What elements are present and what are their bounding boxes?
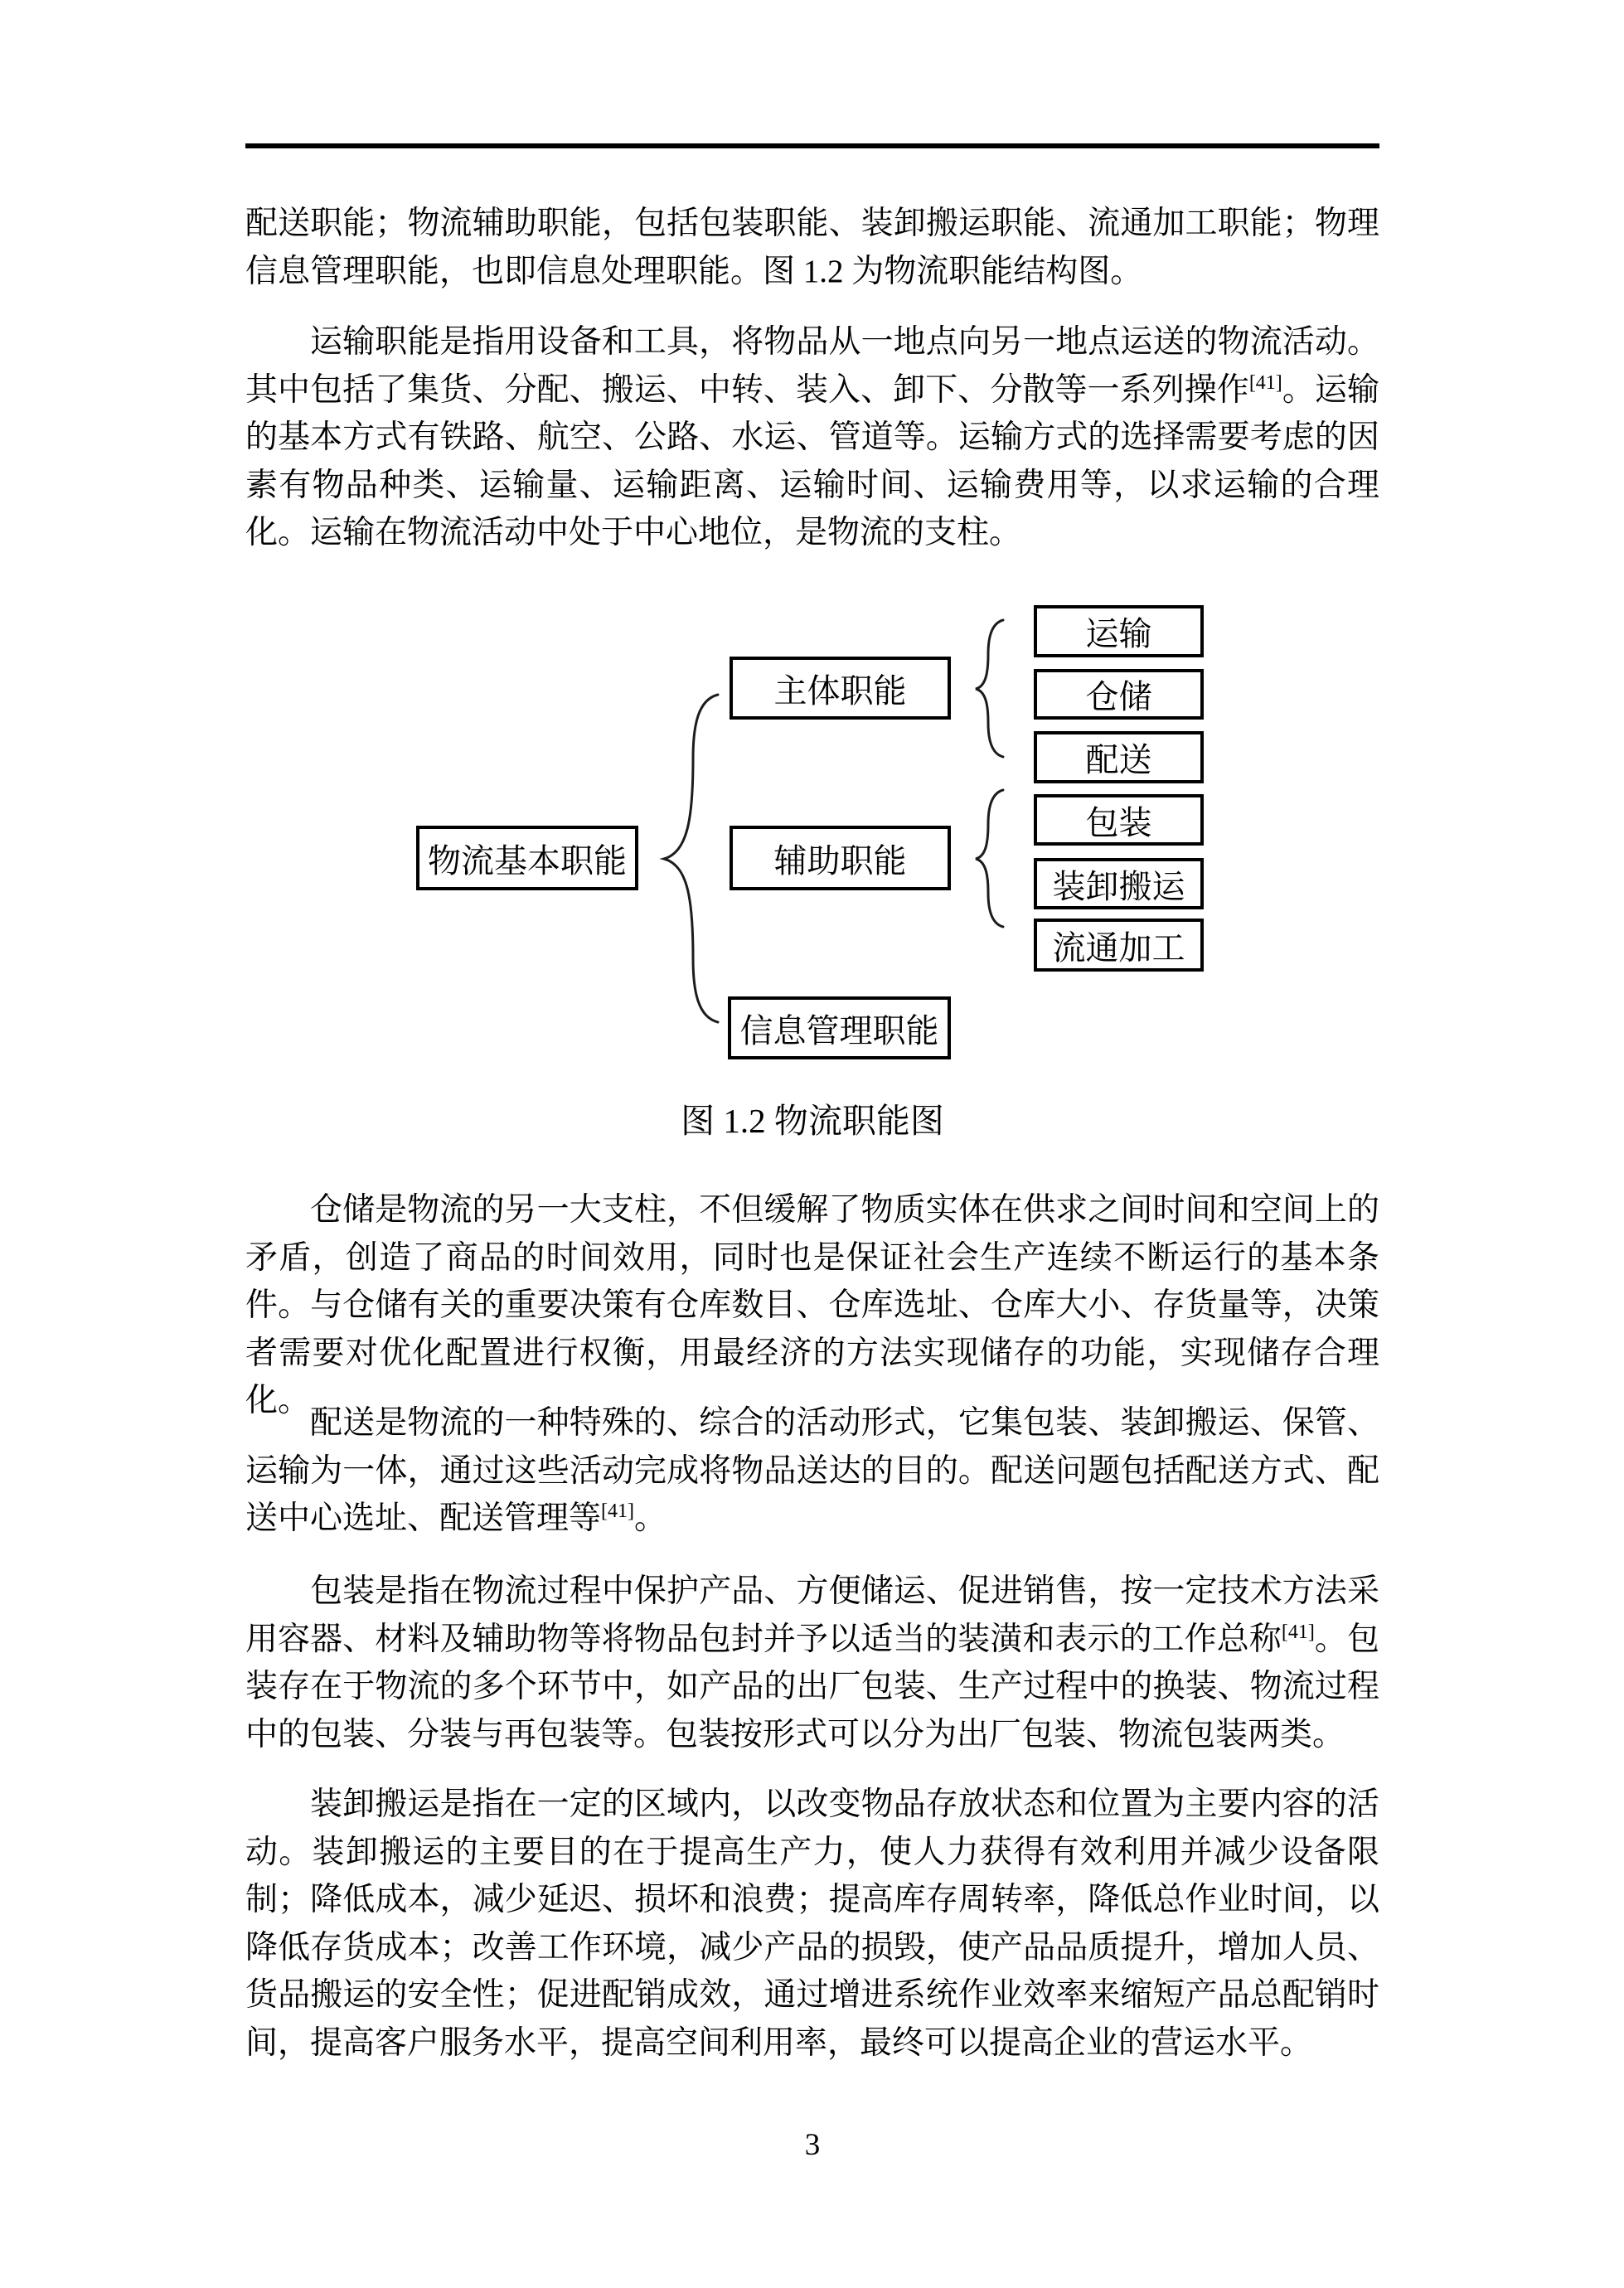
aux-functions-brace <box>976 790 1003 927</box>
diagram-box-packaging: 包装 <box>1034 794 1204 846</box>
body-paragraph: 仓储是物流的另一大支柱，不但缓解了物质实体在供求之间时间和空间上的矛盾，创造了商… <box>245 1186 1379 1425</box>
diagram-box-processing: 流通加工 <box>1034 919 1204 972</box>
body-paragraph: 配送职能；物流辅助职能，包括包装职能、装卸搬运职能、流通加工职能；物理信息管理职… <box>245 200 1379 295</box>
diagram-box-main-functions: 主体职能 <box>730 657 951 720</box>
diagram-box-distribution: 配送 <box>1034 731 1204 783</box>
root-brace <box>664 695 718 1022</box>
diagram-box-transport: 运输 <box>1034 605 1204 657</box>
page-number: 3 <box>245 2127 1379 2164</box>
diagram-box-handling: 装卸搬运 <box>1034 858 1204 909</box>
diagram-box-aux-functions: 辅助职能 <box>730 826 951 890</box>
body-paragraph: 运输职能是指用设备和工具，将物品从一地点向另一地点运送的物流活动。其中包括了集货… <box>245 318 1379 557</box>
body-paragraph: 包装是指在物流过程中保护产品、方便储运、促进销售，按一定技术方法采用容器、材料及… <box>245 1568 1379 1758</box>
diagram-box-root: 物流基本职能 <box>416 826 638 890</box>
body-paragraph: 装卸搬运是指在一定的区域内，以改变物品存放状态和位置为主要内容的活动。装卸搬运的… <box>245 1781 1379 2067</box>
header-rule <box>245 143 1379 148</box>
diagram-box-warehousing: 仓储 <box>1034 669 1204 720</box>
diagram-box-info-function: 信息管理职能 <box>728 996 951 1059</box>
figure-caption: 图 1.2 物流职能图 <box>245 1098 1379 1145</box>
body-paragraph: 配送是物流的一种特殊的、综合的活动形式，它集包装、装卸搬运、保管、运输为一体，通… <box>245 1399 1379 1543</box>
main-functions-brace <box>976 620 1003 757</box>
thesis-page: 配送职能；物流辅助职能，包括包装职能、装卸搬运职能、流通加工职能；物理信息管理职… <box>0 0 1624 2288</box>
